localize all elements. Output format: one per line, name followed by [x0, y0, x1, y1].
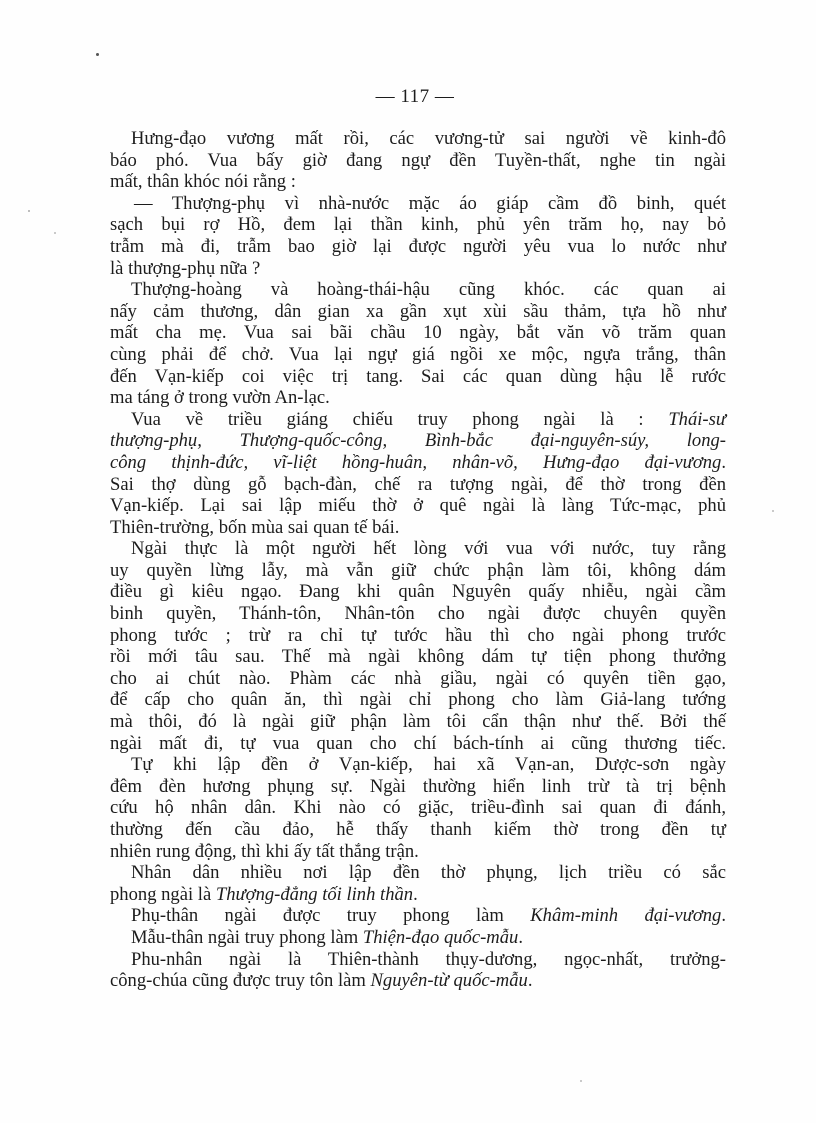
italic-title: Thượng-đẳng tối linh thần — [216, 884, 413, 905]
italic-title: Thái-sư — [668, 409, 726, 430]
text-line: thượng-phụ, Thượng-quốc-công, Bình-bắc đ… — [110, 430, 726, 452]
text-line: nhiên rung động, thì khi ấy tất thắng tr… — [110, 841, 726, 863]
text-line: điều gì kiêu ngạo. Đang khi quân Nguyên … — [110, 581, 726, 603]
text-line: ma táng ở trong vườn An-lạc. — [110, 387, 726, 409]
text-line: ngài mất đi, tự vua quan cho chí bách-tí… — [110, 733, 726, 755]
text-run: Phụ-thân ngài được truy phong làm — [131, 905, 530, 926]
text-line: rồi mới tâu sau. Thế mà ngài không dám t… — [110, 646, 726, 668]
body-text: Hưng-đạo vương mất rồi, các vương-tử sai… — [110, 128, 726, 992]
text-line: đêm đèn hương phụng sự. Ngài thường hiển… — [110, 776, 726, 798]
text-run: . — [413, 884, 418, 905]
book-page: — 117 — Hưng-đạo vương mất rồi, các vươn… — [0, 0, 816, 1123]
text-line: phong tước ; trừ ra chỉ tự tước hầu thì … — [110, 625, 726, 647]
text-line: nấy cảm thương, dân gian xa gần xụt xùi … — [110, 301, 726, 323]
text-line: Vạn-kiếp. Lại sai lập miếu thờ ở quê ngà… — [110, 495, 726, 517]
text-line: Phụ-thân ngài được truy phong làm Khâm-m… — [110, 905, 726, 927]
text-line: mất, thân khóc nói rằng : — [110, 171, 726, 193]
text-line: cùng phải để chở. Vua lại ngự giá ngồi x… — [110, 344, 726, 366]
text-line: công thịnh-đức, vĩ-liệt hồng-huân, nhân-… — [110, 452, 726, 474]
italic-title: Khâm-minh đại-vương — [530, 905, 721, 926]
text-line: Nhân dân nhiều nơi lập đền thờ phụng, lị… — [110, 862, 726, 884]
text-line: là thượng-phụ nữa ? — [110, 258, 726, 280]
text-run: . — [721, 452, 726, 473]
text-line: phong ngài là Thượng-đẳng tối linh thần. — [110, 884, 726, 906]
text-line: Mẫu-thân ngài truy phong làm Thiện-đạo q… — [110, 927, 726, 949]
text-line: Phu-nhân ngài là Thiên-thành thụy-dương,… — [110, 949, 726, 971]
text-line: để cấp cho quân ăn, thì ngài chỉ phong c… — [110, 689, 726, 711]
scan-speck — [772, 510, 774, 512]
scan-speck — [54, 232, 56, 234]
text-line: sạch bụi rợ Hồ, đem lại thần kinh, phủ y… — [110, 214, 726, 236]
text-line: Thiên-trường, bốn mùa sai quan tế bái. — [110, 517, 726, 539]
text-line: mà thôi, đó là ngài giữ phận làm tôi cẩn… — [110, 711, 726, 733]
text-run: công-chúa cũng được truy tôn làm — [110, 970, 371, 991]
scan-speck — [580, 1080, 582, 1082]
italic-title: Thiện-đạo quốc-mẫu — [363, 927, 518, 948]
text-line: mất cha mẹ. Vua sai bãi chầu 10 ngày, bắ… — [110, 322, 726, 344]
scan-speck — [28, 210, 30, 212]
text-line: Ngài thực là một người hết lòng với vua … — [110, 538, 726, 560]
text-line: trẫm mà đi, trẫm bao giờ lại được người … — [110, 236, 726, 258]
scan-speck — [520, 200, 522, 202]
text-line: Tự khi lập đền ở Vạn-kiếp, hai xã Vạn-an… — [110, 754, 726, 776]
text-line: thường đến cầu đảo, hễ thấy thanh kiếm t… — [110, 819, 726, 841]
text-run: . — [528, 970, 533, 991]
text-line: Hưng-đạo vương mất rồi, các vương-tử sai… — [110, 128, 726, 150]
scan-speck — [96, 53, 99, 56]
text-line: Vua về triều giáng chiếu truy phong ngài… — [110, 409, 726, 431]
text-run: Vua về triều giáng chiếu truy phong ngài… — [131, 409, 668, 430]
text-run: phong ngài là — [110, 884, 216, 905]
text-line: cho ai chút nào. Phàm các nhà giầu, ngài… — [110, 668, 726, 690]
text-line: — Thượng-phụ vì nhà-nước mặc áo giáp cầm… — [110, 193, 726, 215]
text-line: cứu hộ nhân dân. Khi nào có giặc, triều-… — [110, 797, 726, 819]
text-run: . — [721, 905, 726, 926]
text-line: binh quyền, Thánh-tôn, Nhân-tôn cho ngài… — [110, 603, 726, 625]
text-line: báo phó. Vua bấy giờ đang ngự đền Tuyền-… — [110, 150, 726, 172]
italic-title: công thịnh-đức, vĩ-liệt hồng-huân, nhân-… — [110, 452, 721, 473]
italic-title: Nguyên-từ quốc-mẫu — [371, 970, 528, 991]
text-line: Thượng-hoàng và hoàng-thái-hậu cũng khóc… — [110, 279, 726, 301]
italic-title: thượng-phụ, Thượng-quốc-công, Bình-bắc đ… — [110, 430, 726, 451]
text-line: đến Vạn-kiếp coi việc trị tang. Sai các … — [110, 366, 726, 388]
text-line: công-chúa cũng được truy tôn làm Nguyên-… — [110, 970, 726, 992]
page-number: — 117 — — [0, 86, 816, 108]
text-run: . — [518, 927, 523, 948]
text-line: Sai thợ dùng gỗ bạch-đàn, chế ra tượng n… — [110, 474, 726, 496]
text-run: Mẫu-thân ngài truy phong làm — [131, 927, 363, 948]
text-line: uy quyền lừng lẫy, mà vẫn giữ chức phận … — [110, 560, 726, 582]
